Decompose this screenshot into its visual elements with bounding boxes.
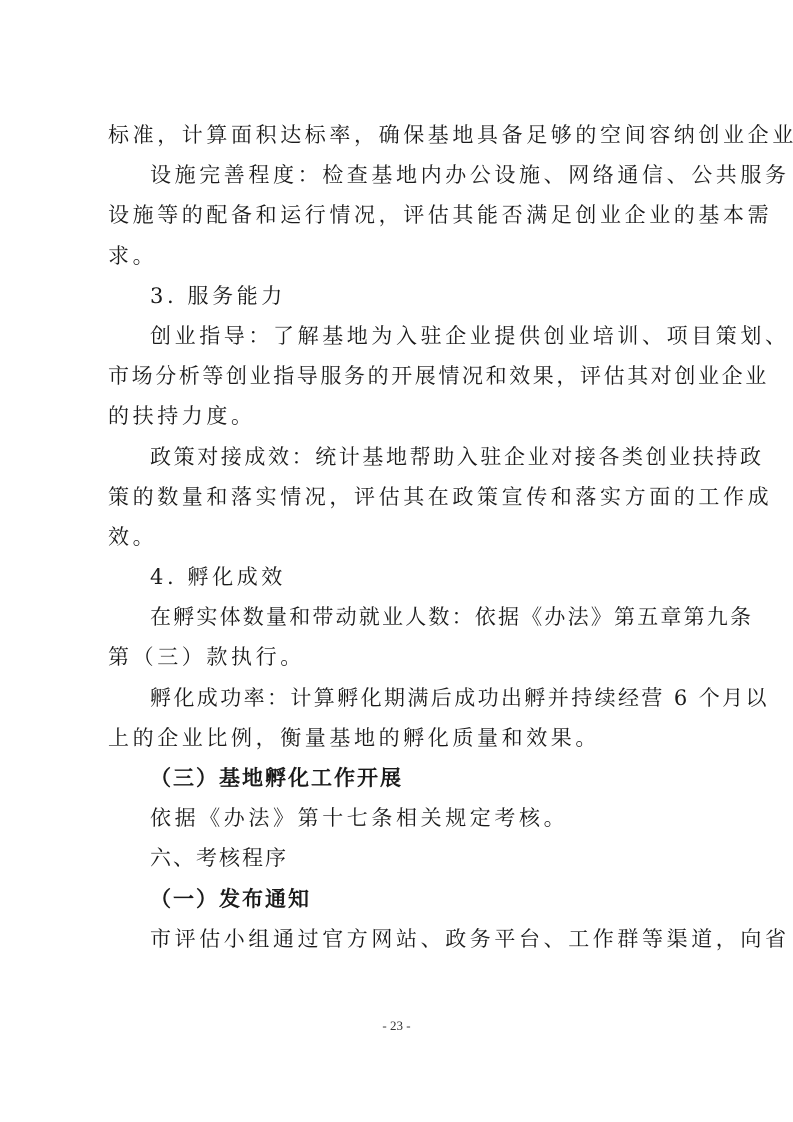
paragraph-line: 上的企业比例，衡量基地的孵化质量和效果。 bbox=[108, 718, 698, 758]
document-page: 标准，计算面积达标率，确保基地具备足够的空间容纳创业企业。 设施完善程度：检查基… bbox=[0, 0, 793, 1122]
paragraph-line: 市评估小组通过官方网站、政务平台、工作群等渠道，向省 bbox=[108, 919, 698, 959]
body-text: 标准，计算面积达标率，确保基地具备足够的空间容纳创业企业。 设施完善程度：检查基… bbox=[108, 115, 698, 959]
subheading: 3. 服务能力 bbox=[108, 276, 698, 316]
paragraph-line: 第（三）款执行。 bbox=[108, 637, 698, 677]
paragraph-line: 依据《办法》第十七条相关规定考核。 bbox=[108, 798, 698, 838]
subheading: 4. 孵化成效 bbox=[108, 557, 698, 597]
paragraph-line: 的扶持力度。 bbox=[108, 396, 698, 436]
section-heading: （一）发布通知 bbox=[108, 879, 698, 919]
page-number: - 23 - bbox=[0, 1018, 793, 1034]
paragraph-line: 设施等的配备和运行情况，评估其能否满足创业企业的基本需 bbox=[108, 195, 698, 235]
section-heading: （三）基地孵化工作开展 bbox=[108, 758, 698, 798]
paragraph-line: 求。 bbox=[108, 236, 698, 276]
paragraph-line: 策的数量和落实情况，评估其在政策宣传和落实方面的工作成 bbox=[108, 477, 698, 517]
chapter-heading: 六、考核程序 bbox=[108, 838, 698, 878]
paragraph-line: 标准，计算面积达标率，确保基地具备足够的空间容纳创业企业。 bbox=[108, 115, 698, 155]
paragraph-line: 效。 bbox=[108, 517, 698, 557]
paragraph-line: 设施完善程度：检查基地内办公设施、网络通信、公共服务 bbox=[108, 155, 698, 195]
paragraph-line: 创业指导：了解基地为入驻企业提供创业培训、项目策划、 bbox=[108, 316, 698, 356]
paragraph-line: 政策对接成效：统计基地帮助入驻企业对接各类创业扶持政 bbox=[108, 437, 698, 477]
paragraph-line: 孵化成功率：计算孵化期满后成功出孵并持续经营 6 个月以 bbox=[108, 678, 698, 718]
paragraph-line: 在孵实体数量和带动就业人数：依据《办法》第五章第九条 bbox=[108, 597, 698, 637]
paragraph-line: 市场分析等创业指导服务的开展情况和效果，评估其对创业企业 bbox=[108, 356, 698, 396]
